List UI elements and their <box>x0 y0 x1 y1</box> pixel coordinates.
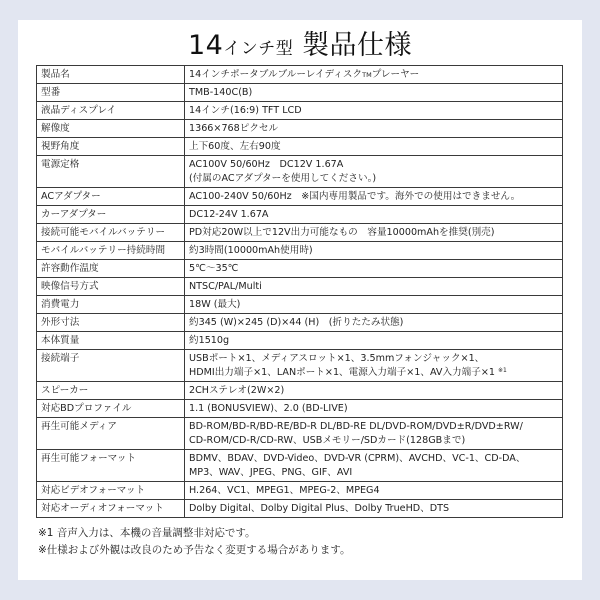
spec-label: 許容動作温度 <box>37 260 185 278</box>
spec-value-line: Dolby Digital、Dolby Digital Plus、Dolby T… <box>189 502 558 516</box>
spec-value-line: 約1510g <box>189 334 558 348</box>
page-title: 14インチ型 製品仕様 <box>18 30 582 65</box>
table-row: 再生可能フォーマットBDMV、BDAV、DVD-Video、DVD-VR (CP… <box>37 450 563 482</box>
trademark-mark: TM <box>362 71 372 79</box>
spec-label: 対応オーディオフォーマット <box>37 500 185 518</box>
spec-value-text: DC12-24V 1.67A <box>189 209 269 220</box>
spec-value-line: DC12-24V 1.67A <box>189 208 558 222</box>
spec-value-text: 1366×768ピクセル <box>189 123 278 134</box>
footnotes: ※1 音声入力は、本機の音量調整非対応です。 ※仕様および外観は改良のため予告な… <box>38 525 350 558</box>
spec-value: BDMV、BDAV、DVD-Video、DVD-VR (CPRM)、AVCHD、… <box>185 450 563 482</box>
table-row: モバイルバッテリー持続時間約3時間(10000mAh使用時) <box>37 242 563 260</box>
spec-value: USBポート×1、メディアスロット×1、3.5mmフォンジャック×1、HDMI出… <box>185 350 563 382</box>
table-row: ACアダプターAC100-240V 50/60Hz ※国内専用製品です。海外での… <box>37 188 563 206</box>
spec-value-line: HDMI出力端子×1、LANポート×1、電源入力端子×1、AV入力端子×1※1 <box>189 366 558 380</box>
spec-label: 再生可能メディア <box>37 418 185 450</box>
spec-value: AC100-240V 50/60Hz ※国内専用製品です。海外での使用はできませ… <box>185 188 563 206</box>
spec-value: AC100V 50/60Hz DC12V 1.67A(付属のACアダプターを使用… <box>185 156 563 188</box>
table-row: 本体質量約1510g <box>37 332 563 350</box>
spec-value-line: 18W (最大) <box>189 298 558 312</box>
table-row: 接続可能モバイルバッテリーPD対応20W以上で12V出力可能なもの 容量1000… <box>37 224 563 242</box>
spec-value-line: MP3、WAV、JPEG、PNG、GIF、AVI <box>189 466 558 480</box>
spec-value: BD-ROM/BD-R/BD-RE/BD-R DL/BD-RE DL/DVD-R… <box>185 418 563 450</box>
spec-label: 映像信号方式 <box>37 278 185 296</box>
spec-label: 液晶ディスプレイ <box>37 102 185 120</box>
spec-value-line: BDMV、BDAV、DVD-Video、DVD-VR (CPRM)、AVCHD、… <box>189 452 558 466</box>
table-row: 消費電力18W (最大) <box>37 296 563 314</box>
spec-value-line: 5℃～35℃ <box>189 262 558 276</box>
spec-value-text: BDMV、BDAV、DVD-Video、DVD-VR (CPRM)、AVCHD、… <box>189 453 525 464</box>
spec-label: 型番 <box>37 84 185 102</box>
spec-value-line: AC100V 50/60Hz DC12V 1.67A <box>189 158 558 172</box>
spec-value-text: Dolby Digital、Dolby Digital Plus、Dolby T… <box>189 503 449 514</box>
spec-value-text: 1.1 (BONUSVIEW)、2.0 (BD-LIVE) <box>189 403 348 414</box>
spec-value: NTSC/PAL/Multi <box>185 278 563 296</box>
spec-label: 接続端子 <box>37 350 185 382</box>
spec-value: 14インチポータブルブルーレイディスクTMプレーヤー <box>185 66 563 84</box>
table-row: 接続端子USBポート×1、メディアスロット×1、3.5mmフォンジャック×1、H… <box>37 350 563 382</box>
table-row: 解像度1366×768ピクセル <box>37 120 563 138</box>
spec-value-text: 上下60度、左右90度 <box>189 141 281 152</box>
spec-value-text: CD-ROM/CD-R/CD-RW、USBメモリー/SDカード(128GBまで) <box>189 435 465 446</box>
spec-value-line: 約3時間(10000mAh使用時) <box>189 244 558 258</box>
spec-value-text: TMB-140C(B) <box>189 87 252 98</box>
spec-value-text: 18W (最大) <box>189 299 240 310</box>
spec-value-line: USBポート×1、メディアスロット×1、3.5mmフォンジャック×1、 <box>189 352 558 366</box>
footnote-ref: ※1 <box>498 367 507 374</box>
spec-label: モバイルバッテリー持続時間 <box>37 242 185 260</box>
spec-value-line: NTSC/PAL/Multi <box>189 280 558 294</box>
spec-value: H.264、VC1、MPEG1、MPEG-2、MPEG4 <box>185 482 563 500</box>
spec-value-line: 14インチ(16:9) TFT LCD <box>189 104 558 118</box>
spec-value: TMB-140C(B) <box>185 84 563 102</box>
spec-value: 18W (最大) <box>185 296 563 314</box>
spec-value: 1.1 (BONUSVIEW)、2.0 (BD-LIVE) <box>185 400 563 418</box>
spec-value: 2CHステレオ(2W×2) <box>185 382 563 400</box>
spec-label: 消費電力 <box>37 296 185 314</box>
spec-label: 本体質量 <box>37 332 185 350</box>
footnote-1: ※1 音声入力は、本機の音量調整非対応です。 <box>38 525 350 542</box>
title-size: 14 <box>188 30 223 61</box>
spec-value-text: 14インチポータブルブルーレイディスク <box>189 69 362 80</box>
spec-value-text: 約3時間(10000mAh使用時) <box>189 245 313 256</box>
table-row: 対応ビデオフォーマットH.264、VC1、MPEG1、MPEG-2、MPEG4 <box>37 482 563 500</box>
spec-value-line: 2CHステレオ(2W×2) <box>189 384 558 398</box>
spec-value-text: HDMI出力端子×1、LANポート×1、電源入力端子×1、AV入力端子×1 <box>189 367 495 378</box>
table-row: 電源定格AC100V 50/60Hz DC12V 1.67A(付属のACアダプタ… <box>37 156 563 188</box>
table-row: 再生可能メディアBD-ROM/BD-R/BD-RE/BD-R DL/BD-RE … <box>37 418 563 450</box>
spec-label: 製品名 <box>37 66 185 84</box>
table-row: 型番TMB-140C(B) <box>37 84 563 102</box>
spec-card: 14インチ型 製品仕様 製品名14インチポータブルブルーレイディスクTMプレーヤ… <box>18 20 582 580</box>
spec-value-line: (付属のACアダプターを使用してください。) <box>189 172 558 186</box>
table-row: 液晶ディスプレイ14インチ(16:9) TFT LCD <box>37 102 563 120</box>
spec-value: 約345 (W)×245 (D)×44 (H) (折りたたみ状態) <box>185 314 563 332</box>
spec-value-line: PD対応20W以上で12V出力可能なもの 容量10000mAhを推奨(別売) <box>189 226 558 240</box>
spec-value: 5℃～35℃ <box>185 260 563 278</box>
spec-value-text: 5℃～35℃ <box>189 263 238 274</box>
spec-value-line: 14インチポータブルブルーレイディスクTMプレーヤー <box>189 68 558 82</box>
spec-value-text: NTSC/PAL/Multi <box>189 281 262 292</box>
spec-value: 1366×768ピクセル <box>185 120 563 138</box>
spec-value: 14インチ(16:9) TFT LCD <box>185 102 563 120</box>
spec-value-line: TMB-140C(B) <box>189 86 558 100</box>
table-row: 対応BDプロファイル1.1 (BONUSVIEW)、2.0 (BD-LIVE) <box>37 400 563 418</box>
title-type: インチ型 <box>223 39 293 59</box>
spec-value-text: 約345 (W)×245 (D)×44 (H) (折りたたみ状態) <box>189 317 403 328</box>
spec-table: 製品名14インチポータブルブルーレイディスクTMプレーヤー型番TMB-140C(… <box>36 65 563 518</box>
spec-label: カーアダプター <box>37 206 185 224</box>
spec-value-line: 1366×768ピクセル <box>189 122 558 136</box>
spec-value-line: BD-ROM/BD-R/BD-RE/BD-R DL/BD-RE DL/DVD-R… <box>189 420 558 434</box>
spec-value-text: USBポート×1、メディアスロット×1、3.5mmフォンジャック×1、 <box>189 353 484 364</box>
spec-label: 視野角度 <box>37 138 185 156</box>
spec-value-text: プレーヤー <box>372 69 420 80</box>
spec-value-line: 上下60度、左右90度 <box>189 140 558 154</box>
spec-label: 接続可能モバイルバッテリー <box>37 224 185 242</box>
table-row: 視野角度上下60度、左右90度 <box>37 138 563 156</box>
spec-label: スピーカー <box>37 382 185 400</box>
spec-value-text: AC100V 50/60Hz DC12V 1.67A <box>189 159 343 170</box>
spec-value-text: 2CHステレオ(2W×2) <box>189 385 284 396</box>
footnote-2: ※仕様および外観は改良のため予告なく変更する場合があります。 <box>38 542 350 559</box>
spec-value-text: H.264、VC1、MPEG1、MPEG-2、MPEG4 <box>189 485 380 496</box>
spec-value-line: AC100-240V 50/60Hz ※国内専用製品です。海外での使用はできませ… <box>189 190 558 204</box>
table-row: 外形寸法約345 (W)×245 (D)×44 (H) (折りたたみ状態) <box>37 314 563 332</box>
spec-value: PD対応20W以上で12V出力可能なもの 容量10000mAhを推奨(別売) <box>185 224 563 242</box>
spec-label: 再生可能フォーマット <box>37 450 185 482</box>
table-row: 製品名14インチポータブルブルーレイディスクTMプレーヤー <box>37 66 563 84</box>
spec-value: Dolby Digital、Dolby Digital Plus、Dolby T… <box>185 500 563 518</box>
spec-value-text: (付属のACアダプターを使用してください。) <box>189 173 376 184</box>
table-row: スピーカー2CHステレオ(2W×2) <box>37 382 563 400</box>
table-row: 映像信号方式NTSC/PAL/Multi <box>37 278 563 296</box>
spec-label: ACアダプター <box>37 188 185 206</box>
spec-value: 上下60度、左右90度 <box>185 138 563 156</box>
spec-label: 外形寸法 <box>37 314 185 332</box>
spec-value-text: AC100-240V 50/60Hz ※国内専用製品です。海外での使用はできませ… <box>189 191 520 202</box>
spec-value-line: 1.1 (BONUSVIEW)、2.0 (BD-LIVE) <box>189 402 558 416</box>
spec-value: 約1510g <box>185 332 563 350</box>
spec-label: 解像度 <box>37 120 185 138</box>
spec-value: 約3時間(10000mAh使用時) <box>185 242 563 260</box>
spec-label: 対応BDプロファイル <box>37 400 185 418</box>
spec-value-text: 14インチ(16:9) TFT LCD <box>189 105 302 116</box>
spec-value: DC12-24V 1.67A <box>185 206 563 224</box>
spec-value-text: 約1510g <box>189 335 229 346</box>
spec-label: 電源定格 <box>37 156 185 188</box>
table-row: カーアダプターDC12-24V 1.67A <box>37 206 563 224</box>
spec-value-text: MP3、WAV、JPEG、PNG、GIF、AVI <box>189 467 352 478</box>
spec-value-text: BD-ROM/BD-R/BD-RE/BD-R DL/BD-RE DL/DVD-R… <box>189 421 523 432</box>
table-row: 許容動作温度5℃～35℃ <box>37 260 563 278</box>
spec-value-line: H.264、VC1、MPEG1、MPEG-2、MPEG4 <box>189 484 558 498</box>
spec-value-line: 約345 (W)×245 (D)×44 (H) (折りたたみ状態) <box>189 316 558 330</box>
spec-value-text: PD対応20W以上で12V出力可能なもの 容量10000mAhを推奨(別売) <box>189 227 495 238</box>
title-main: 製品仕様 <box>302 30 412 61</box>
table-row: 対応オーディオフォーマットDolby Digital、Dolby Digital… <box>37 500 563 518</box>
spec-value-line: CD-ROM/CD-R/CD-RW、USBメモリー/SDカード(128GBまで) <box>189 434 558 448</box>
spec-label: 対応ビデオフォーマット <box>37 482 185 500</box>
